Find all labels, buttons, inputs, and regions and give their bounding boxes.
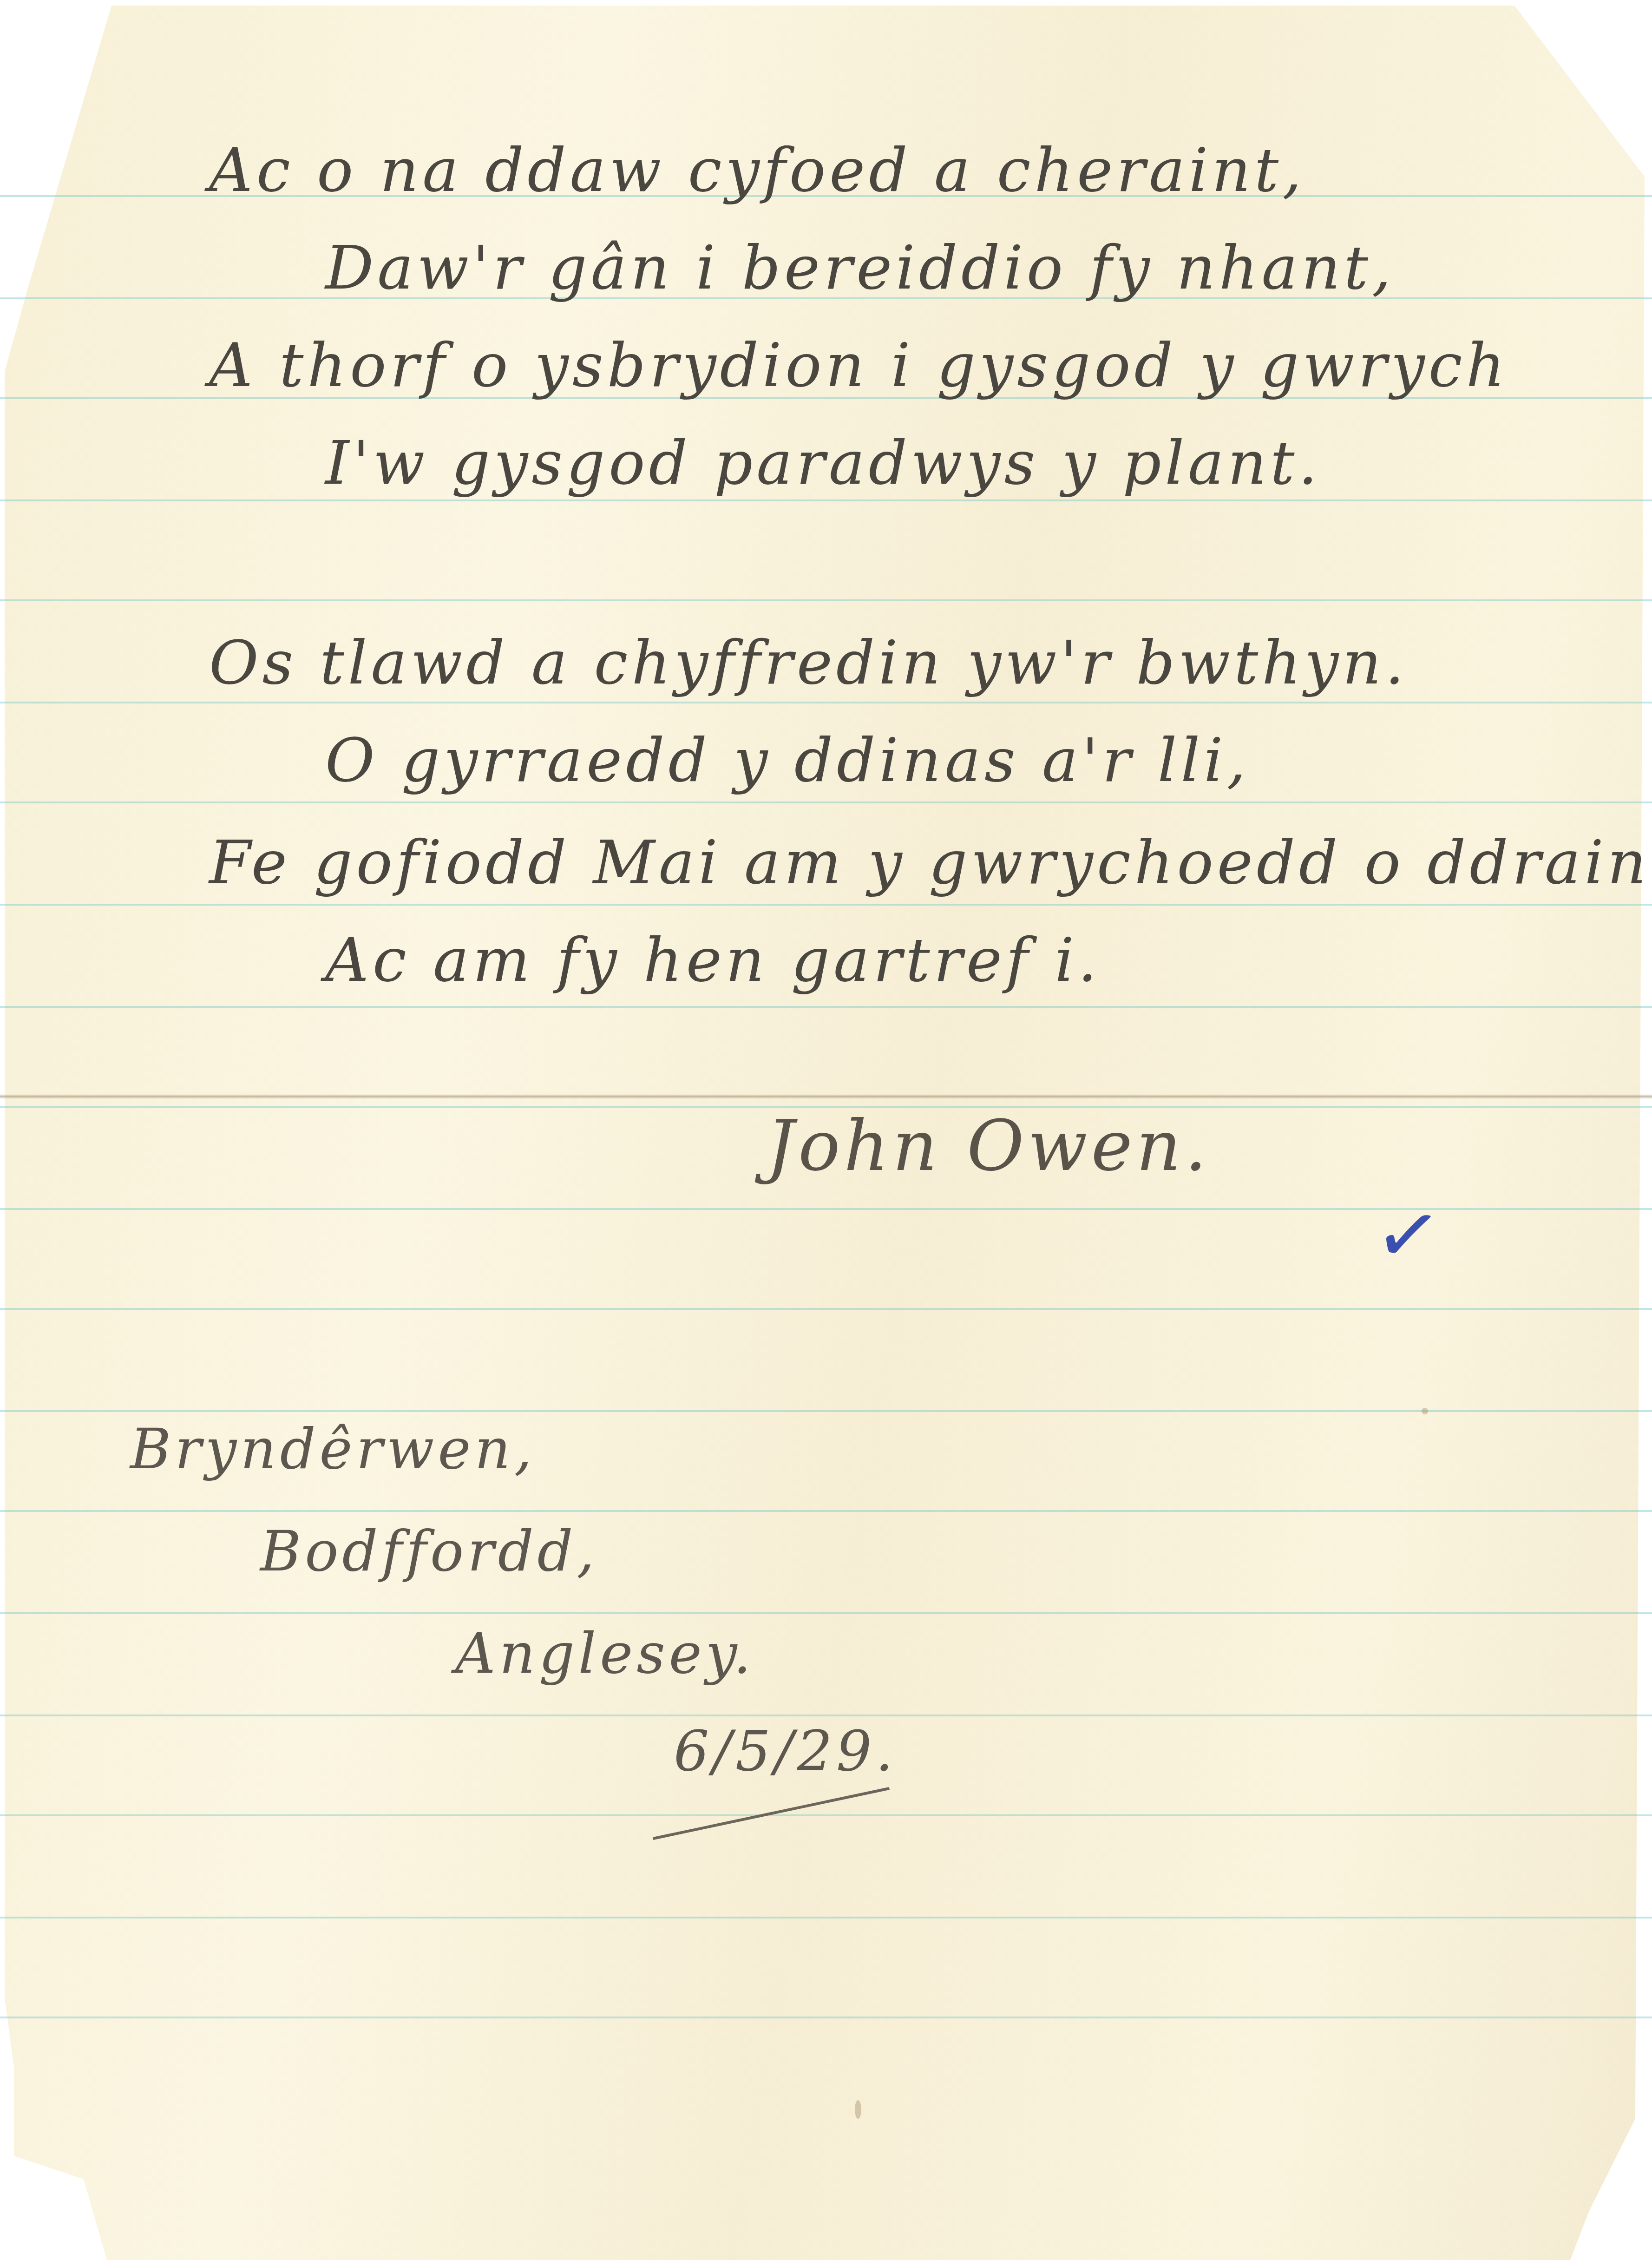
ink-spot	[855, 2100, 861, 2119]
address-line-2: Bodffordd,	[260, 1519, 598, 1584]
address-line-1: Bryndêrwen,	[130, 1417, 536, 1482]
poem-line: Fe gofiodd Mai am y gwrychoedd o ddrain	[209, 827, 1650, 898]
rule-line	[0, 1410, 1652, 1412]
rule-line	[0, 1612, 1652, 1614]
rule-line	[0, 904, 1652, 906]
poem-line: Ac am fy hen gartref i.	[325, 925, 1101, 995]
poem-line: A thorf o ysbrydion i gysgod y gwrych	[209, 330, 1508, 401]
rule-line	[0, 1917, 1652, 1918]
rule-line	[0, 1510, 1652, 1512]
rule-line	[0, 1308, 1652, 1310]
poem-line: Os tlawd a chyffredin yw'r bwthyn.	[209, 627, 1408, 698]
rule-line	[0, 599, 1652, 601]
poem-line: Daw'r gân i bereiddio fy nhant,	[325, 232, 1395, 303]
poem-line: O gyrraedd y ddinas a'r lli,	[325, 725, 1250, 795]
address-line-3: Anglesey.	[455, 1622, 755, 1686]
signature: John Owen.	[767, 1106, 1211, 1187]
poem-line: Ac o na ddaw cyfoed a cheraint,	[209, 135, 1305, 205]
rule-line	[0, 1006, 1652, 1008]
date: 6/5/29.	[674, 1719, 897, 1784]
rule-line	[0, 2017, 1652, 2018]
rule-line	[0, 1814, 1652, 1816]
ink-spot	[1422, 1408, 1428, 1414]
rule-line	[0, 702, 1652, 703]
check-mark-icon: ✓	[1369, 1185, 1448, 1286]
fold-crease	[0, 1094, 1652, 1099]
rule-line	[0, 802, 1652, 803]
rule-line	[0, 1715, 1652, 1716]
poem-line: I'w gysgod paradwys y plant.	[325, 427, 1321, 498]
rule-line	[0, 499, 1652, 501]
